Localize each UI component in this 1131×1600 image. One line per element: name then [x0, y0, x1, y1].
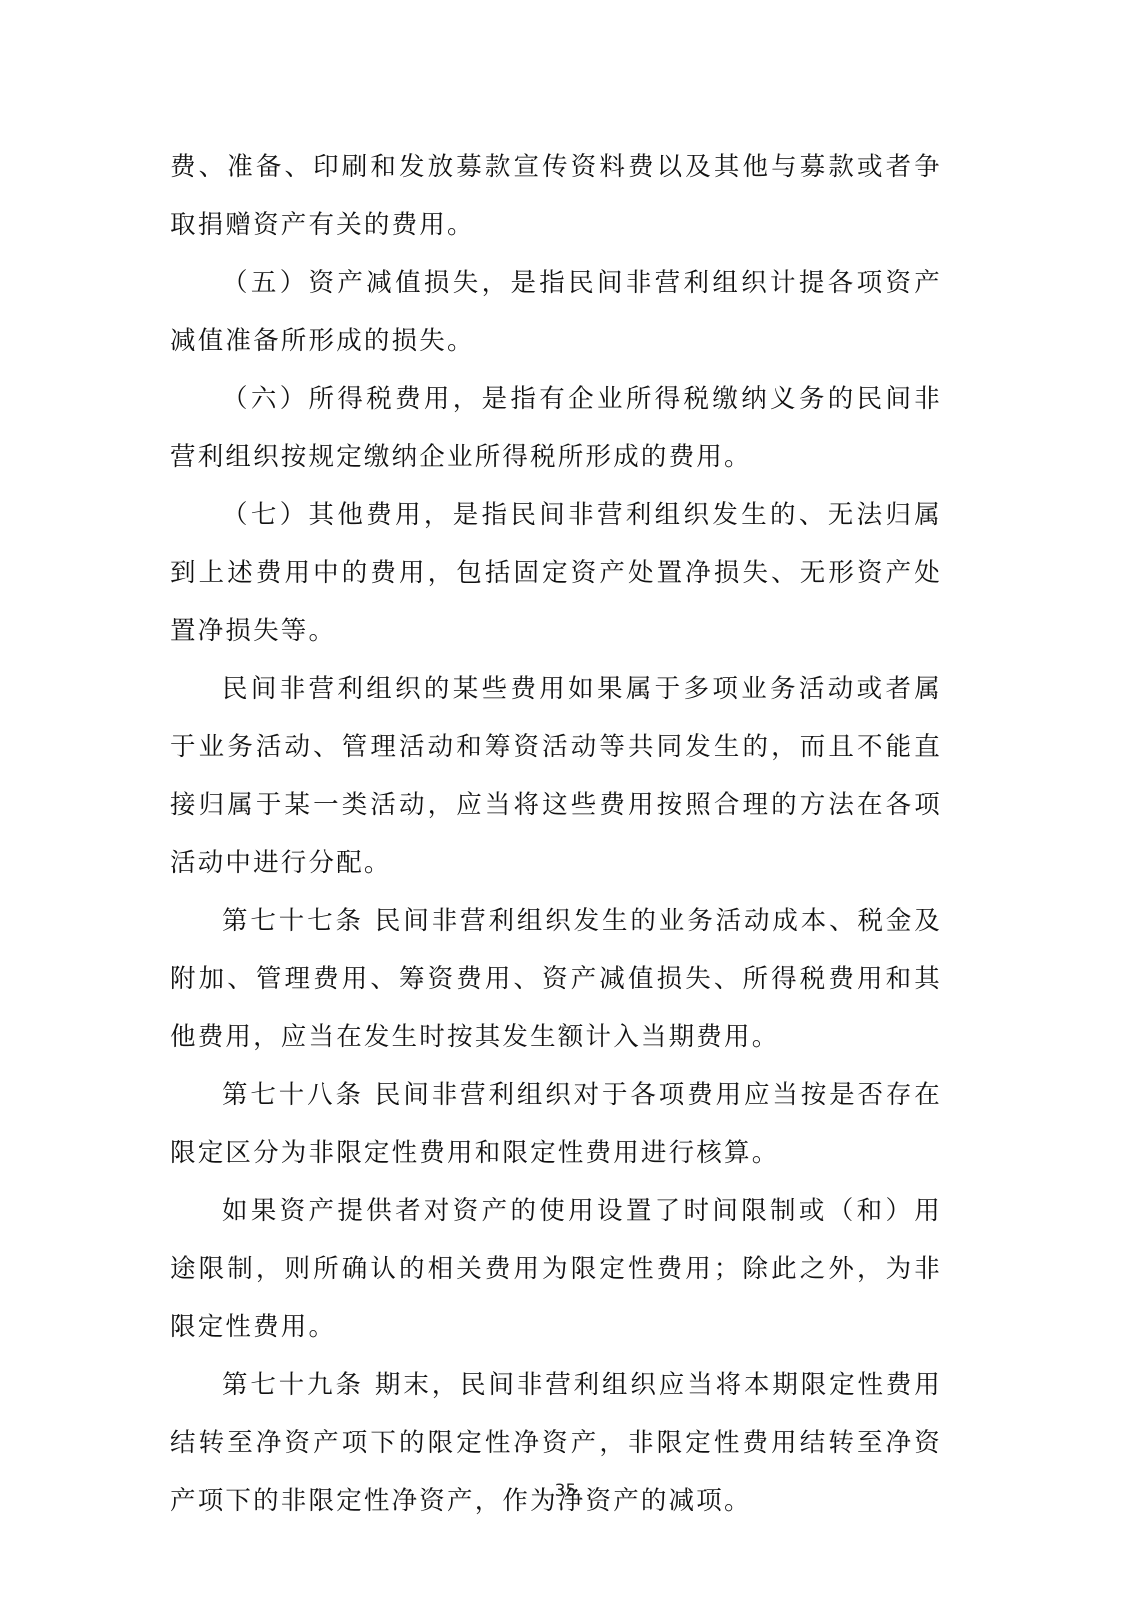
paragraph-expense-allocation: 民间非营利组织的某些费用如果属于多项业务活动或者属于业务活动、管理活动和筹资活动…	[170, 660, 942, 892]
paragraph-other-expenses: （七）其他费用，是指民间非营利组织发生的、无法归属到上述费用中的费用，包括固定资…	[170, 486, 942, 660]
page-number: 35	[0, 1481, 1131, 1501]
paragraph-fundraising-cost-continued: 费、准备、印刷和发放募款宣传资料费以及其他与募款或者争取捐赠资产有关的费用。	[170, 138, 942, 254]
document-body: 费、准备、印刷和发放募款宣传资料费以及其他与募款或者争取捐赠资产有关的费用。 （…	[170, 138, 942, 1530]
paragraph-asset-impairment-loss: （五）资产减值损失，是指民间非营利组织计提各项资产减值准备所形成的损失。	[170, 254, 942, 370]
paragraph-income-tax-expense: （六）所得税费用，是指有企业所得税缴纳义务的民间非营利组织按规定缴纳企业所得税所…	[170, 370, 942, 486]
paragraph-article-77: 第七十七条 民间非营利组织发生的业务活动成本、税金及附加、管理费用、筹资费用、资…	[170, 892, 942, 1066]
paragraph-article-79: 第七十九条 期末，民间非营利组织应当将本期限定性费用结转至净资产项下的限定性净资…	[170, 1356, 942, 1530]
paragraph-restricted-expense-definition: 如果资产提供者对资产的使用设置了时间限制或（和）用途限制，则所确认的相关费用为限…	[170, 1182, 942, 1356]
paragraph-article-78: 第七十八条 民间非营利组织对于各项费用应当按是否存在限定区分为非限定性费用和限定…	[170, 1066, 942, 1182]
